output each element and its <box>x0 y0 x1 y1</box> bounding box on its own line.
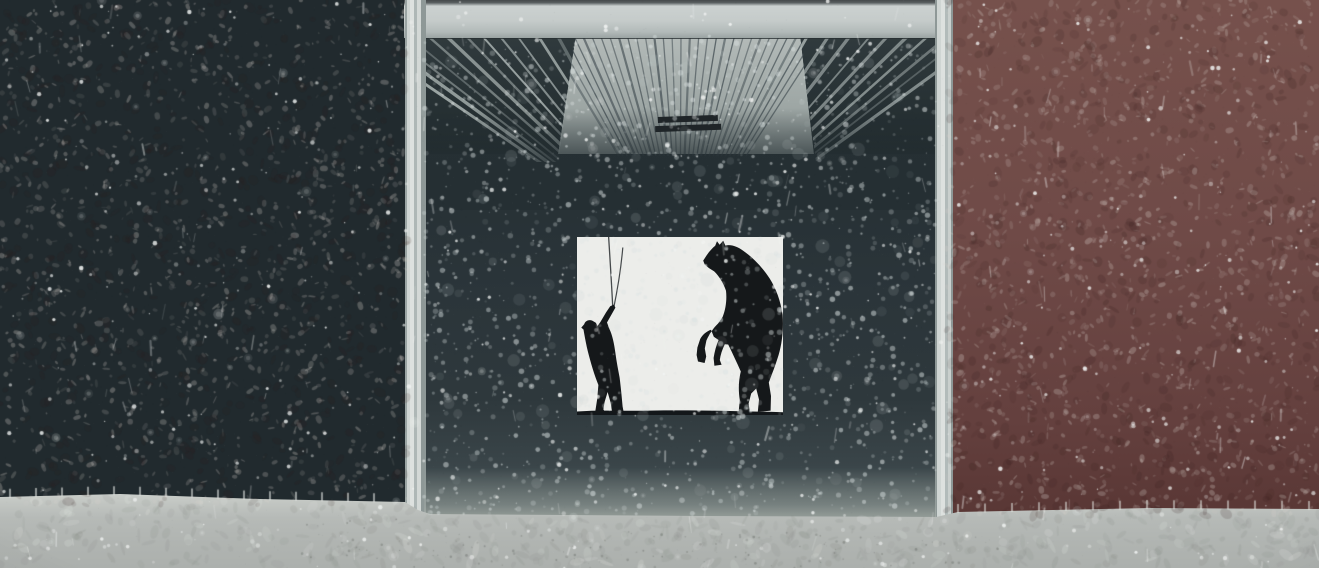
snowfall-canvas <box>0 0 1319 568</box>
film-still-snowy-barn <box>0 0 1319 568</box>
